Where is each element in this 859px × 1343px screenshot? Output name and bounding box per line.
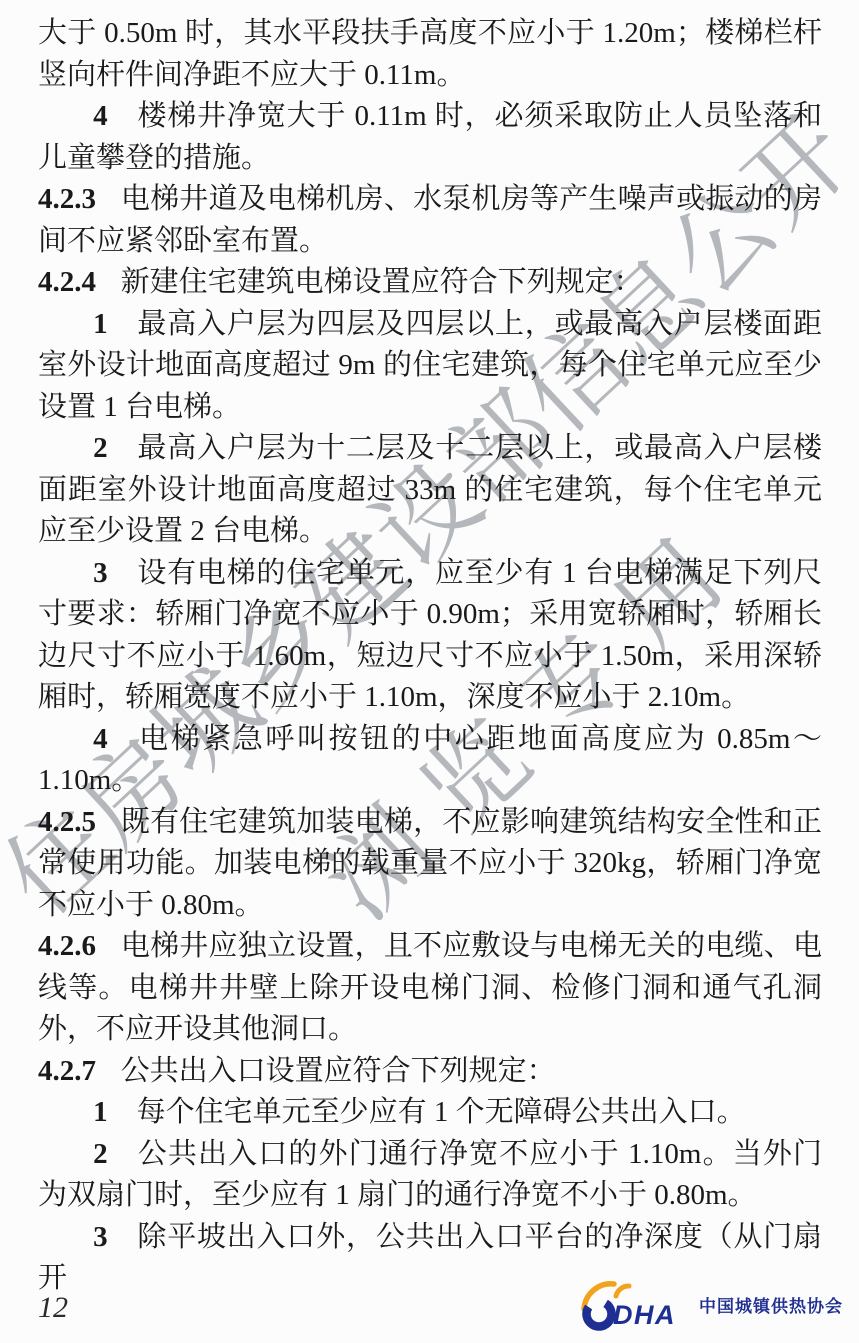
- cdha-logo: DHA 中国城镇供热协会: [578, 1281, 843, 1331]
- clause-number: 4: [93, 723, 108, 755]
- clause-number: 2: [93, 432, 108, 464]
- clause-text: 最高入户层为四层及四层以上，或最高入户层楼面距室外设计地面高度超过 9m 的住宅…: [38, 308, 822, 423]
- clause-text: 电梯井道及电梯机房、水泵机房等产生噪声或振动的房间不应紧邻卧室布置。: [38, 183, 822, 257]
- clause-number: 2: [93, 1138, 108, 1170]
- clause-text: 最高入户层为十二层及十二层以上，或最高入户层楼面距室外设计地面高度超过 33m …: [38, 432, 822, 547]
- clause-number: 3: [93, 557, 108, 589]
- paragraph: 4电梯紧急呼叫按钮的中心距地面高度应为 0.85m～1.10m。: [38, 719, 822, 802]
- paragraph: 大于 0.50m 时，其水平段扶手高度不应小于 1.20m；楼梯栏杆竖向杆件间净…: [38, 13, 822, 96]
- paragraph: 1最高入户层为四层及四层以上，或最高入户层楼面距室外设计地面高度超过 9m 的住…: [38, 304, 822, 429]
- clause-text: 公共出入口设置应符合下列规定：: [121, 1055, 556, 1087]
- document-page: 住房城乡建设部信息公开 浏览专用 大于 0.50m 时，其水平段扶手高度不应小于…: [0, 0, 859, 1343]
- clause-number: 4.2.4: [38, 266, 96, 298]
- clause-text: 大于 0.50m 时，其水平段扶手高度不应小于 1.20m；楼梯栏杆竖向杆件间净…: [38, 17, 822, 91]
- paragraph: 4楼梯井净宽大于 0.11m 时，必须采取防止人员坠落和儿童攀登的措施。: [38, 96, 822, 179]
- clause-number: 3: [93, 1221, 108, 1253]
- clause-text: 每个住宅单元至少应有 1 个无障碍公共出入口。: [137, 1096, 746, 1128]
- clause-text: 设有电梯的住宅单元，应至少有 1 台电梯满足下列尺寸要求：轿厢门净宽不应小于 0…: [38, 557, 822, 714]
- page-footer: 12 DHA 中国城镇供热协会: [0, 1281, 859, 1331]
- cdha-logo-mark: DHA: [578, 1281, 690, 1331]
- paragraph: 4.2.3电梯井道及电梯机房、水泵机房等产生噪声或振动的房间不应紧邻卧室布置。: [38, 179, 822, 262]
- clause-number: 4.2.6: [38, 930, 96, 962]
- clause-text: 新建住宅建筑电梯设置应符合下列规定：: [121, 266, 643, 298]
- clause-number: 4.2.7: [38, 1055, 96, 1087]
- clause-number: 4.2.5: [38, 806, 96, 838]
- paragraph: 4.2.4新建住宅建筑电梯设置应符合下列规定：: [38, 262, 822, 304]
- paragraph: 4.2.7公共出入口设置应符合下列规定：: [38, 1051, 822, 1093]
- page-number: 12: [38, 1293, 68, 1331]
- clause-number: 1: [93, 1096, 108, 1128]
- clause-number: 4.2.3: [38, 183, 96, 215]
- logo-name: 中国城镇供热协会: [699, 1292, 843, 1320]
- clause-number: 4: [93, 100, 108, 132]
- page-text: 大于 0.50m 时，其水平段扶手高度不应小于 1.20m；楼梯栏杆竖向杆件间净…: [0, 0, 859, 1300]
- paragraph: 4.2.6电梯井应独立设置，且不应敷设与电梯无关的电缆、电线等。电梯井井壁上除开…: [38, 926, 822, 1051]
- logo-abbr: DHA: [613, 1300, 676, 1330]
- paragraph: 1每个住宅单元至少应有 1 个无障碍公共出入口。: [38, 1092, 822, 1134]
- paragraph: 3设有电梯的住宅单元，应至少有 1 台电梯满足下列尺寸要求：轿厢门净宽不应小于 …: [38, 553, 822, 719]
- paragraph: 2最高入户层为十二层及十二层以上，或最高入户层楼面距室外设计地面高度超过 33m…: [38, 428, 822, 553]
- cdha-logo-icon: DHA: [578, 1281, 690, 1331]
- paragraph: 2公共出入口的外门通行净宽不应小于 1.10m。当外门为双扇门时，至少应有 1 …: [38, 1134, 822, 1217]
- clause-number: 1: [93, 308, 108, 340]
- clause-text: 电梯紧急呼叫按钮的中心距地面高度应为 0.85m～1.10m。: [38, 723, 822, 797]
- paragraph: 4.2.5既有住宅建筑加装电梯，不应影响建筑结构安全性和正常使用功能。加装电梯的…: [38, 802, 822, 927]
- clause-text: 公共出入口的外门通行净宽不应小于 1.10m。当外门为双扇门时，至少应有 1 扇…: [38, 1138, 822, 1212]
- clause-text: 楼梯井净宽大于 0.11m 时，必须采取防止人员坠落和儿童攀登的措施。: [38, 100, 822, 174]
- clause-text: 电梯井应独立设置，且不应敷设与电梯无关的电缆、电线等。电梯井井壁上除开设电梯门洞…: [38, 930, 822, 1045]
- clause-text: 既有住宅建筑加装电梯，不应影响建筑结构安全性和正常使用功能。加装电梯的载重量不应…: [38, 806, 822, 921]
